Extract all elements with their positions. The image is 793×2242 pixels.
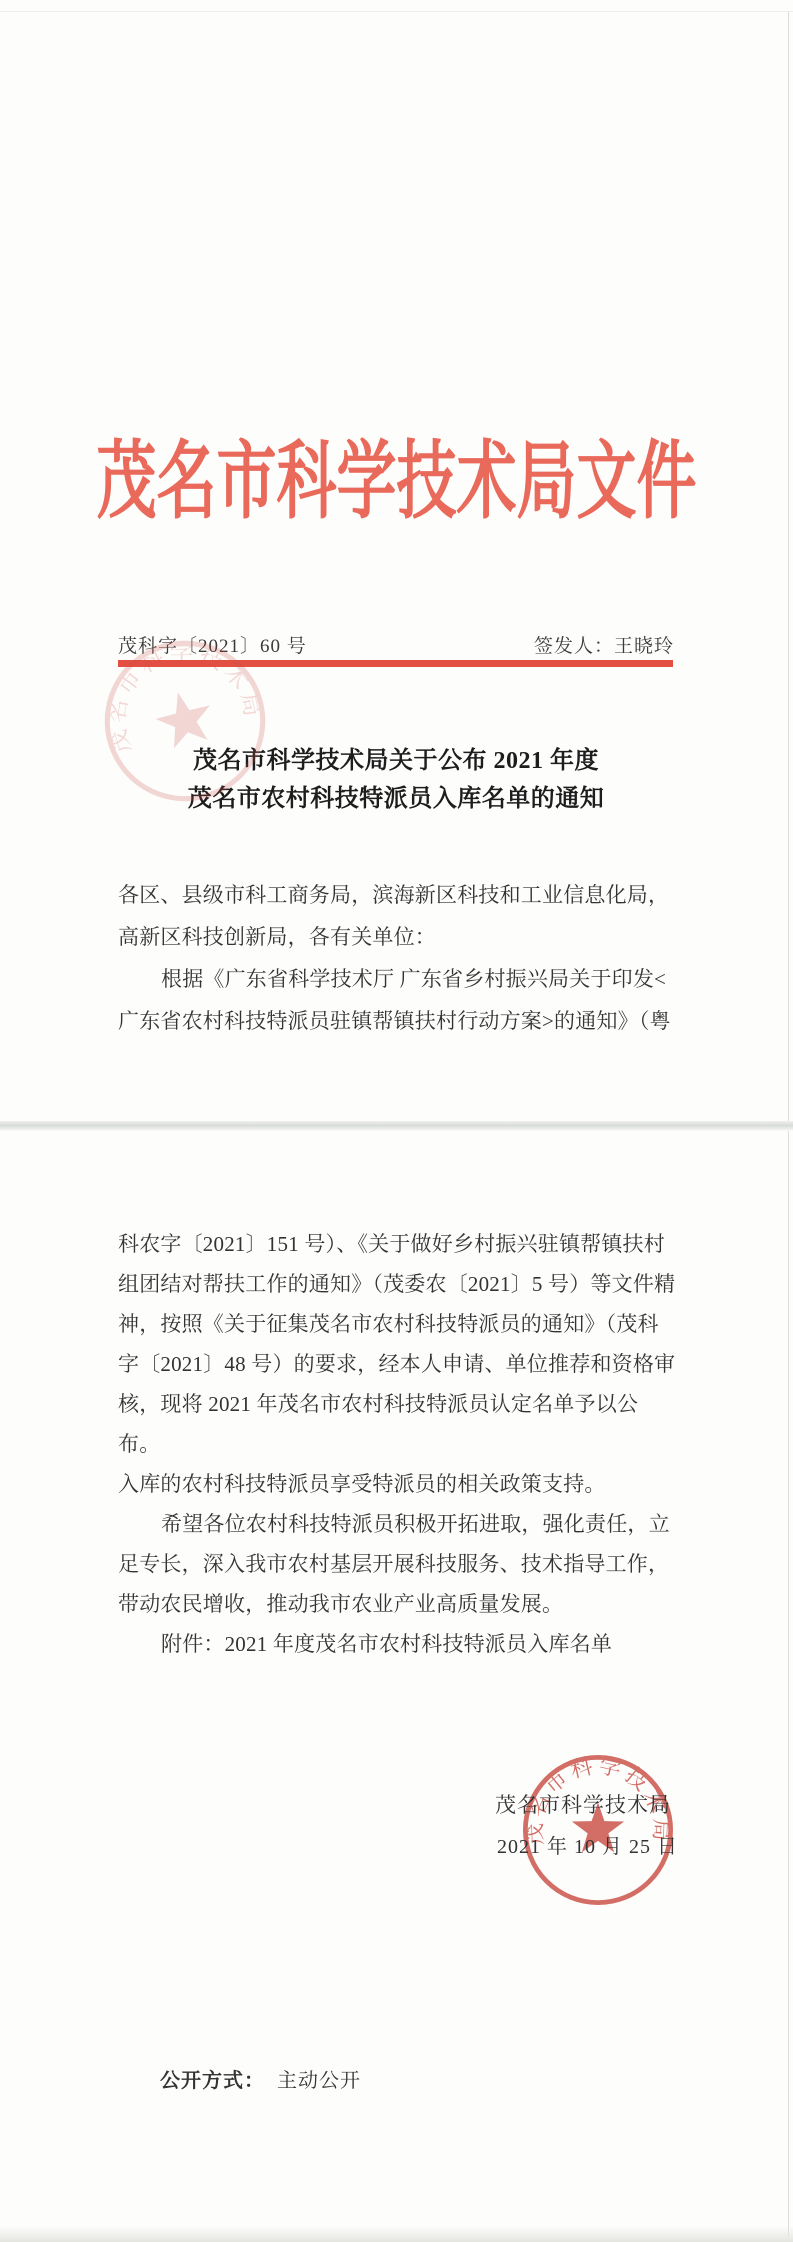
doc-number: 茂科字〔2021〕60 号 [118,631,307,658]
document-title-line-2: 茂名市农村科技特派员入库名单的通知 [118,780,674,818]
disclosure-row: 公开方式： 主动公开 [160,2064,361,2093]
signature-organization: 茂名市科学技术局 [495,1789,671,1819]
header-red-rule [118,660,673,667]
body-line: 根据《广东省科学技术厅 广东省乡村振兴局关于印发< [118,958,680,1000]
body-line: 组团结对帮扶工作的通知》（茂委农〔2021〕5 号）等文件精 [118,1264,680,1304]
attachment-line: 附件：2021 年度茂名市农村科技特派员入库名单 [118,1624,680,1664]
page-separator [0,1121,793,1131]
page1-body: 各区、县级市科工商务局，滨海新区科技和工业信息化局， 高新区科技创新局，各有关单… [118,874,680,1042]
body-line: 字〔2021〕48 号）的要求，经本人申请、单位推荐和资格审 [118,1344,680,1384]
body-line: 入库的农村科技特派员享受特派员的相关政策支持。 [118,1464,680,1504]
disclosure-value: 主动公开 [277,2064,361,2093]
body-line: 带动农民增收，推动我市农业产业高质量发展。 [118,1584,680,1624]
disclosure-label: 公开方式： [160,2064,265,2093]
masthead-title: 茂名市科学技术局文件 [0,408,793,556]
scan-bottom-edge [0,2226,793,2242]
page2-body: 科农字〔2021〕151 号）、《关于做好乡村振兴驻镇帮镇扶村 组团结对帮扶工作… [118,1224,680,1664]
body-line: 希望各位农村科技特派员积极开拓进取，强化责任，立 [118,1504,680,1544]
signature-date: 2021 年 10 月 25 日 [497,1830,678,1859]
body-line: 核，现将 2021 年茂名市农村科技特派员认定名单予以公布。 [118,1384,680,1464]
doc-number-row: 茂科字〔2021〕60 号 签发人：王晓玲 [118,631,674,658]
document-title: 茂名市科学技术局关于公布 2021 年度 茂名市农村科技特派员入库名单的通知 [118,742,674,818]
scanned-document: 茂名市科学技术局文件 茂科字〔2021〕60 号 签发人：王晓玲 茂名市科学技术… [0,0,793,2242]
body-line: 科农字〔2021〕151 号）、《关于做好乡村振兴驻镇帮镇扶村 [118,1224,680,1264]
document-title-line-1: 茂名市科学技术局关于公布 2021 年度 [118,742,674,780]
body-line: 广东省农村科技特派员驻镇帮镇扶村行动方案>的通知》（粤 [118,1000,680,1042]
signer-name: 签发人：王晓玲 [534,631,674,658]
body-line: 各区、县级市科工商务局，滨海新区科技和工业信息化局， [118,874,680,916]
body-line: 高新区科技创新局，各有关单位： [118,916,680,958]
body-line: 神，按照《关于征集茂名市农村科技特派员的通知》（茂科 [118,1304,680,1344]
scan-top-edge [0,11,793,12]
body-line: 足专长，深入我市农村基层开展科技服务、技术指导工作， [118,1544,680,1584]
